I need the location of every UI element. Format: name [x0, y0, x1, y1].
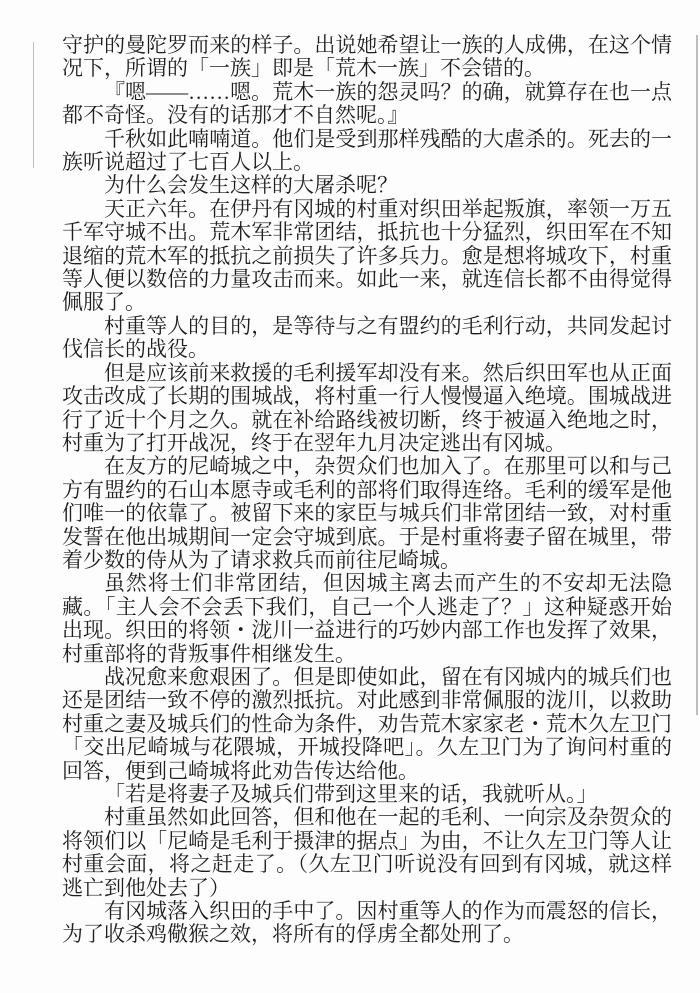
paragraph: 有冈城落入织田的手中了。因村重等人的作为而震怒的信长，为了收杀鸡儆猴之效，将所有…	[62, 900, 672, 947]
text-content: 守护的曼陀罗而来的样子。出说她希望让一族的人成佛，在这个情况下，所谓的「一族」即…	[62, 34, 672, 947]
paragraph: 千秋如此喃喃道。他们是受到那样残酷的大虐杀的。死去的一族听说超过了七百人以上。	[62, 128, 672, 175]
paragraph: 守护的曼陀罗而来的样子。出说她希望让一族的人成佛，在这个情况下，所谓的「一族」即…	[62, 34, 672, 81]
novel-page: 守护的曼陀罗而来的样子。出说她希望让一族的人成佛，在这个情况下，所谓的「一族」即…	[0, 0, 700, 993]
paragraph: 战况愈来愈艰困了。但是即使如此，留在有冈城内的城兵们也还是团结一致不停的激烈抵抗…	[62, 666, 672, 783]
paragraph: 虽然将士们非常团结，但因城主离去而产生的不安却无法隐藏。「主人会不会丢下我们，自…	[62, 572, 672, 666]
paragraph: 村重等人的目的，是等待与之有盟约的毛利行动，共同发起讨伐信长的战役。	[62, 315, 672, 362]
scan-artifact-left-line	[33, 42, 34, 168]
paragraph: 天正六年。在伊丹有冈城的村重对织田举起叛旗，率领一万五千军守城不出。荒木军非常团…	[62, 198, 672, 315]
paragraph: 为什么会发生这样的大屠杀呢？	[62, 174, 672, 197]
paragraph: 但是应该前来救援的毛利援军却没有来。然后织田军也从正面攻击改成了长期的围城战，将…	[62, 362, 672, 456]
paragraph: 「若是将妻子及城兵们带到这里来的话，我就听从。」	[62, 783, 672, 806]
paragraph: 在友方的尼崎城之中，杂贺众们也加入了。在那里可以和与己方有盟约的石山本愿寺或毛利…	[62, 455, 672, 572]
paragraph: 村重虽然如此回答，但和他在一起的毛利、一向宗及杂贺众的将领们以「尼崎是毛利于摄津…	[62, 806, 672, 900]
paragraph: 『嗯——……嗯。荒木一族的怨灵吗？的确，就算存在也一点都不奇怪。没有的话那才不自…	[62, 81, 672, 128]
scan-artifact-right-line	[696, 35, 698, 715]
